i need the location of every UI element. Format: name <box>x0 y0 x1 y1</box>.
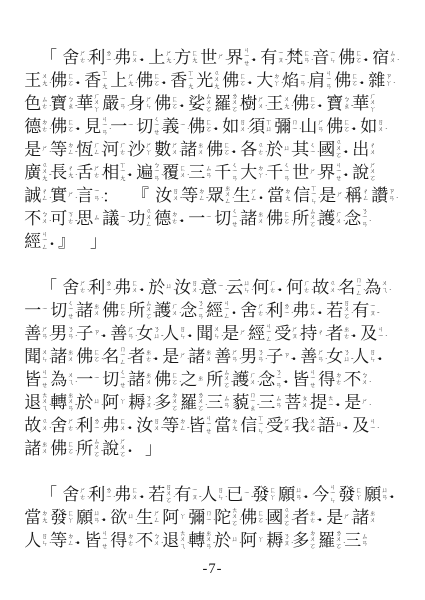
zhuyin-symbol: ㄥ <box>68 541 75 548</box>
hanzi-glyph: 恆 <box>76 141 94 158</box>
ruby-char: 何ㄏㄜˊ <box>286 276 312 299</box>
hanzi-glyph: 光 <box>196 72 214 89</box>
zhuyin-tone-mark: ˇ <box>206 197 208 204</box>
ruby-char: 娑ㄙㄨㄛ <box>188 92 214 115</box>
zhuyin-symbol: ㄕ <box>310 169 317 176</box>
zhuyin-symbol: ㄛ <box>68 81 75 88</box>
zhuyin-tone-mark: ˋ <box>87 289 89 296</box>
hanzi-glyph: 者 <box>128 348 146 365</box>
ruby-char: 者ㄓㄜˇ <box>128 345 154 368</box>
zhuyin-tone-mark: ˋ <box>225 289 227 296</box>
zhuyin-annotation: ㄩㄢˋ <box>94 507 103 529</box>
hanzi-glyph: 焰 <box>282 72 300 89</box>
hanzi-glyph: 諸 <box>128 371 146 388</box>
zhuyin-symbol: ㄥ <box>266 337 273 344</box>
zhuyin-annotation: ㄈㄛˊ <box>224 139 233 161</box>
zhuyin-symbol: ㄛ <box>310 544 317 551</box>
zhuyin-symbol: ㄢ <box>42 334 49 341</box>
zhuyin-annotation: ㄧㄢˊ <box>94 185 103 207</box>
zhuyin-symbol: ㄢ <box>206 544 213 551</box>
ruby-char: 界ㄐㄧㄝˋ <box>318 161 344 184</box>
zhuyin-symbol: ㄨ <box>173 196 180 203</box>
ruby-char: 彌ㄇㄧˊ <box>188 506 214 529</box>
zhuyin-symbol: ㄥ <box>356 291 363 298</box>
zhuyin-symbol: ㄙ <box>94 215 101 222</box>
zhuyin-symbol: ㄨ <box>154 426 161 433</box>
hanzi-glyph: 弗 <box>114 279 132 296</box>
zhuyin-symbol: ㄨ <box>172 311 179 318</box>
hanzi-glyph: 有 <box>174 486 192 503</box>
hanzi-glyph: 云 <box>226 279 244 296</box>
zhuyin-tone-mark: ˋ <box>161 128 163 135</box>
zhuyin-symbol: ㄢ <box>284 176 291 183</box>
ruby-char: 佛ㄈㄛˊ <box>50 69 76 92</box>
zhuyin-symbol: ㄛ <box>224 383 231 390</box>
zhuyin-symbol: ㄟ <box>68 380 75 387</box>
zhuyin-annotation: ㄔㄨ <box>370 139 379 161</box>
zhuyin-annotation: ㄈㄚ <box>270 484 279 506</box>
zhuyin-symbol: ㄜ <box>258 311 265 318</box>
sutra-text-block: 「舍ㄕㄜˋ利ㄌㄧˋ弗ㄈㄨˊ.上ㄕㄤˋ方ㄈㄤ世ㄕˋ界ㄐㄧㄝˋ.有ㄧㄡˇ梵ㄈㄢˋ音ㄧ… <box>24 46 419 552</box>
zhuyin-tone-mark: ˋ <box>318 197 320 204</box>
zhuyin-tone-mark: ˋ <box>369 220 371 227</box>
zhuyin-annotation: ㄈㄛˊ <box>68 438 77 460</box>
zhuyin-tone-mark: ˋ <box>389 496 391 503</box>
zhuyin-tone-mark: ˊ <box>75 82 77 89</box>
zhuyin-tone-mark: ˇ <box>153 358 155 365</box>
ruby-char: 佛ㄈㄛˊ <box>326 115 352 138</box>
zhuyin-annotation: ㄏㄨˋ <box>336 208 345 230</box>
zhuyin-symbol: ㄠ <box>68 104 75 111</box>
ruby-char: 弗ㄈㄨˊ <box>102 414 128 437</box>
zhuyin-annotation: ㄏㄜˊ <box>270 277 279 299</box>
zhuyin-tone-mark: ˋ <box>265 174 267 181</box>
zhuyin-annotation: ㄕㄚ <box>146 139 155 161</box>
zhuyin-tone-mark: ˊ <box>127 312 129 319</box>
hanzi-glyph: 多 <box>292 532 310 549</box>
zhuyin-tone-mark: ˋ <box>343 220 345 227</box>
hanzi-glyph: 佛 <box>222 72 240 89</box>
ruby-char: 利ㄌㄧˋ <box>88 276 114 299</box>
zhuyin-symbol: ㄛ <box>310 426 317 433</box>
period-mark: . <box>259 187 267 207</box>
zhuyin-symbol: ㄛ <box>198 406 205 413</box>
zhuyin-symbol: ㄕ <box>362 399 369 406</box>
zhuyin-symbol: ㄛ <box>240 81 247 88</box>
zhuyin-annotation: ㄒㄧㄤˋ <box>120 162 129 184</box>
zhuyin-tone-mark: ˊ <box>213 519 215 526</box>
zhuyin-annotation: ㄐㄧㄣ <box>330 484 339 506</box>
zhuyin-annotation: ㄒㄩ <box>266 116 275 138</box>
zhuyin-tone-mark: ˊ <box>127 151 129 158</box>
ruby-char: 信ㄒㄧㄣˋ <box>240 414 266 437</box>
zhuyin-tone-mark: ˊ <box>101 151 103 158</box>
zhuyin-symbol: ㄟ <box>42 406 49 413</box>
zhuyin-annotation: ㄔㄥˊ <box>42 185 51 207</box>
zhuyin-symbol: ㄚ <box>146 150 153 157</box>
zhuyin-symbol: ㄥ <box>42 245 49 252</box>
zhuyin-tone-mark: ˋ <box>113 496 115 503</box>
ruby-char: 退ㄊㄨㄟˋ <box>24 391 50 414</box>
ruby-char: 利ㄌㄧˋ <box>266 299 292 322</box>
hanzi-glyph: 世 <box>200 49 218 66</box>
zhuyin-annotation: ㄋㄧㄢˋ <box>276 369 285 391</box>
zhuyin-annotation: ㄙㄢ <box>276 392 285 414</box>
zhuyin-symbol: ㄛ <box>206 127 213 134</box>
ruby-char: 是ㄕˋ <box>222 322 248 345</box>
ruby-char: 身ㄕㄣ <box>128 92 154 115</box>
zhuyin-symbol: ㄝ <box>68 314 75 321</box>
hanzi-glyph: 弗 <box>114 486 132 503</box>
zhuyin-annotation: ㄕㄡˋ <box>284 415 293 437</box>
text-line: 不ㄅㄨˋ可ㄎㄜˇ思ㄙ議ㄧˋ功ㄍㄨㄥ德ㄉㄜˊ.一ㄧ切ㄑㄧㄝˋ諸ㄓㄨ佛ㄈㄛˊ所ㄙㄨㄛ… <box>24 207 419 230</box>
ruby-char: 藐ㄇㄧㄠˇ <box>232 391 258 414</box>
hanzi-glyph: 男 <box>240 348 258 365</box>
zhuyin-tone-mark: ˇ <box>49 174 51 181</box>
zhuyin-tone-mark: ˊ <box>291 105 293 112</box>
zhuyin-symbol: ㄨ <box>336 219 343 226</box>
zhuyin-annotation: ㄐㄧㄥ <box>266 323 275 345</box>
ruby-char: 得ㄉㄜˊ <box>318 368 344 391</box>
zhuyin-tone-mark: ˊ <box>239 542 241 549</box>
zhuyin-tone-mark: ˋ <box>283 381 285 388</box>
hanzi-glyph: 娑 <box>188 95 206 112</box>
zhuyin-tone-mark: ˊ <box>127 358 129 365</box>
zhuyin-annotation: ㄈㄨˊ <box>310 300 319 322</box>
hanzi-glyph: 經 <box>248 325 266 342</box>
zhuyin-annotation: ㄇㄧㄠˇ <box>250 392 259 414</box>
zhuyin-annotation: ㄩˊ <box>166 277 175 299</box>
zhuyin-symbol: ㄗ <box>284 353 291 360</box>
zhuyin-annotation: ㄖㄣˊ <box>42 530 51 552</box>
zhuyin-annotation: ㄌㄧˋ <box>106 47 115 69</box>
period-mark: . <box>232 302 240 322</box>
zhuyin-symbol: ㄢ <box>232 357 239 364</box>
zhuyin-annotation: ㄐㄧㄝˋ <box>336 162 345 184</box>
zhuyin-tone-mark: ˇ <box>291 358 293 365</box>
ruby-char: 菩ㄆㄨˊ <box>284 391 310 414</box>
zhuyin-symbol: ㄛ <box>310 104 317 111</box>
zhuyin-tone-mark: ˋ <box>325 358 327 365</box>
zhuyin-symbol: ㄜ <box>68 219 75 226</box>
ruby-char: 為ㄨㄟˊ <box>364 276 390 299</box>
hanzi-glyph: 子 <box>76 325 94 342</box>
page-number: -7- <box>0 561 425 578</box>
zhuyin-symbol: ㄛ <box>344 127 351 134</box>
ruby-char: 陀ㄊㄨㄛˊ <box>214 506 240 529</box>
zhuyin-tone-mark: ˊ <box>225 496 227 503</box>
hanzi-glyph: 出 <box>352 141 370 158</box>
hanzi-glyph: 羅 <box>214 95 232 112</box>
zhuyin-annotation: ㄉㄜˊ <box>172 208 181 230</box>
zhuyin-annotation: ㄕㄨㄛ <box>370 162 379 184</box>
zhuyin-annotation: ㄑㄧˊ <box>310 139 319 161</box>
zhuyin-symbol: ㄢ <box>128 334 135 341</box>
period-mark: . <box>50 233 58 253</box>
ruby-char: 何ㄏㄜˊ <box>252 276 278 299</box>
quote-open-mark: 「 <box>40 49 55 66</box>
ruby-char: 轉ㄓㄨㄢˇ <box>188 529 214 552</box>
zhuyin-tone-mark: ˋ <box>291 427 293 434</box>
ruby-char: 切ㄑㄧㄝˋ <box>50 299 76 322</box>
zhuyin-annotation: ㄌㄨㄛˊ <box>232 93 241 115</box>
zhuyin-annotation: ㄓㄨ <box>370 507 379 529</box>
hanzi-glyph: 男 <box>50 325 68 342</box>
zhuyin-symbol: ㄜ <box>336 380 343 387</box>
zhuyin-annotation: ㄧˇ <box>244 484 253 506</box>
zhuyin-annotation: ㄕㄥ <box>154 507 163 529</box>
hanzi-glyph: 弗 <box>102 417 120 434</box>
zhuyin-annotation: ㄍㄨㄥ <box>146 208 155 230</box>
hanzi-glyph: 護 <box>318 210 336 227</box>
zhuyin-tone-mark: ˊ <box>343 151 345 158</box>
hanzi-glyph: 舍 <box>62 49 80 66</box>
zhuyin-tone-mark: ˋ <box>49 151 51 158</box>
zhuyin-symbol: ㄢ <box>94 196 101 203</box>
zhuyin-annotation: ㄈㄢˋ <box>304 47 313 69</box>
ruby-char: 見ㄐㄧㄢˋ <box>84 115 110 138</box>
zhuyin-symbol: ㄨ <box>132 58 139 65</box>
zhuyin-annotation: ㄈㄛˊ <box>344 116 353 138</box>
zhuyin-annotation: ㄉㄤ <box>285 185 294 207</box>
zhuyin-annotation: ㄉㄨㄛ <box>172 392 181 414</box>
zhuyin-annotation: ㄅㄨˋ <box>154 530 163 552</box>
hanzi-glyph: 舌 <box>76 164 94 181</box>
ruby-char: 多ㄉㄨㄛ <box>154 391 180 414</box>
zhuyin-annotation: ㄐㄧㄝ <box>310 369 319 391</box>
ruby-char: 華ㄏㄨㄚ <box>352 92 378 115</box>
zhuyin-symbol: ㄨ <box>250 380 257 387</box>
ruby-char: 功ㄍㄨㄥ <box>128 207 154 230</box>
hanzi-glyph: 眾 <box>207 187 225 204</box>
zhuyin-annotation: ㄕㄨˋ <box>258 93 267 115</box>
zhuyin-annotation: ㄕㄜˋ <box>68 415 77 437</box>
zhuyin-symbol: ㄥ <box>363 196 370 203</box>
zhuyin-tone-mark: ˊ <box>49 197 51 204</box>
zhuyin-symbol: ㄢ <box>120 104 127 111</box>
zhuyin-annotation: ㄈㄨˋ <box>180 162 189 184</box>
hanzi-glyph: 雜 <box>368 72 386 89</box>
zhuyin-annotation: ㄏㄨㄚ <box>370 93 379 115</box>
hanzi-glyph: 如 <box>360 118 378 135</box>
hanzi-glyph: 千 <box>266 164 284 181</box>
hanzi-glyph: 一 <box>76 371 94 388</box>
zhuyin-symbol: ㄚ <box>120 399 127 406</box>
hanzi-glyph: 佛 <box>326 118 344 135</box>
ruby-char: 三ㄙㄢ <box>188 161 214 184</box>
zhuyin-annotation: ㄕㄜˋ <box>80 277 89 299</box>
ruby-char: 一ㄧ <box>188 207 214 230</box>
ruby-char: 退ㄊㄨㄟˋ <box>162 529 188 552</box>
zhuyin-symbol: ㄣ <box>258 429 265 436</box>
hanzi-glyph: 諸 <box>240 210 258 227</box>
zhuyin-annotation: ㄉㄤ <box>42 507 51 529</box>
zhuyin-annotation: ㄋㄡˋ <box>284 530 293 552</box>
zhuyin-symbol: ㄝ <box>232 222 239 229</box>
zhuyin-tone-mark: ˊ <box>75 335 77 342</box>
sutra-paragraph: 「舍ㄕㄜˋ利ㄌㄧˋ弗ㄈㄨˊ.上ㄕㄤˋ方ㄈㄤ世ㄕˋ界ㄐㄧㄝˋ.有ㄧㄡˇ梵ㄈㄢˋ音ㄧ… <box>24 46 419 253</box>
zhuyin-tone-mark: ˋ <box>127 220 129 227</box>
zhuyin-tone-mark: ˊ <box>317 151 319 158</box>
zhuyin-annotation: ㄕˋ <box>240 323 249 345</box>
zhuyin-symbol: ㄥ <box>224 314 231 321</box>
ruby-char: 等ㄉㄥˇ <box>50 529 76 552</box>
ruby-char: 受ㄕㄡˋ <box>274 322 300 345</box>
zhuyin-annotation: ㄐㄧㄥ <box>224 300 233 322</box>
zhuyin-symbol: ㄧ <box>180 123 187 130</box>
zhuyin-annotation: ㄍㄨˋ <box>330 277 339 299</box>
ruby-char: 不ㄅㄨˋ <box>344 368 370 391</box>
zhuyin-symbol: ㄨ <box>240 127 247 134</box>
text-line: 當ㄉㄤ發ㄈㄚ願ㄩㄢˋ.欲ㄩˋ生ㄕㄥ阿ㄚ彌ㄇㄧˊ陀ㄊㄨㄛˊ佛ㄈㄛˊ國ㄍㄨㄛˊ者ㄓㄜ… <box>24 506 419 529</box>
zhuyin-tone-mark: ˇ <box>351 105 353 112</box>
hanzi-glyph: 汝 <box>155 187 173 204</box>
zhuyin-annotation: ㄙㄨˋ <box>390 47 399 69</box>
hanzi-glyph: 所 <box>128 302 146 319</box>
zhuyin-symbol: ㄢ <box>94 518 101 525</box>
zhuyin-symbol: ㄤ <box>120 176 127 183</box>
zhuyin-annotation: ㄕㄢˋ <box>128 323 137 345</box>
zhuyin-symbol: ㄛ <box>344 314 351 321</box>
ruby-char: 可ㄎㄜˇ <box>50 207 76 230</box>
zhuyin-symbol: ㄚ <box>180 514 187 521</box>
colon-mark: ： <box>102 188 114 207</box>
zhuyin-annotation: ㄑㄧㄢ <box>232 162 241 184</box>
ruby-char: 佛ㄈㄛˊ <box>136 69 162 92</box>
zhuyin-symbol: ㄛ <box>224 150 231 157</box>
zhuyin-symbol: ㄢ <box>362 222 369 229</box>
ruby-char: 當ㄉㄤ <box>24 506 50 529</box>
ruby-char: 得ㄉㄜˊ <box>110 529 136 552</box>
zhuyin-annotation: ㄓㄨㄢˇ <box>68 392 77 414</box>
zhuyin-annotation: ㄓㄨㄢˇ <box>206 530 215 552</box>
zhuyin-symbol: ㄧ <box>120 215 127 222</box>
zhuyin-symbol: ㄕ <box>240 330 247 337</box>
hanzi-glyph: 稱 <box>345 187 363 204</box>
zhuyin-annotation: ㄔㄥ <box>363 185 372 207</box>
text-line: 聞ㄨㄣˊ諸ㄓㄨ佛ㄈㄛˊ名ㄇㄧㄥˊ者ㄓㄜˇ.是ㄕˋ諸ㄓㄨ善ㄕㄢˋ男ㄋㄢˊ子ㄗˇ.善… <box>24 345 419 368</box>
zhuyin-annotation: ㄩㄢˋ <box>382 484 391 506</box>
hanzi-glyph: 退 <box>162 532 180 549</box>
ruby-char: 利ㄌㄧˋ <box>88 46 114 69</box>
ruby-char: 佛ㄈㄛˊ <box>222 69 248 92</box>
hanzi-glyph: 人 <box>200 486 218 503</box>
ruby-char: 當ㄉㄤ <box>214 414 240 437</box>
ruby-char: 於ㄩˊ <box>266 138 292 161</box>
hanzi-glyph: 大 <box>256 72 274 89</box>
hanzi-glyph: 皆 <box>188 417 206 434</box>
ruby-char: 阿ㄚ <box>102 391 128 414</box>
hanzi-glyph: 提 <box>310 394 328 411</box>
zhuyin-tone-mark: ˊ <box>299 128 301 135</box>
zhuyin-symbol: ㄛ <box>336 153 343 160</box>
text-line: 退ㄊㄨㄟˋ轉ㄓㄨㄢˇ於ㄩˊ阿ㄚ耨ㄋㄡˋ多ㄉㄨㄛ羅ㄌㄨㄛˊ三ㄙㄢ藐ㄇㄧㄠˇ三ㄙㄢ菩… <box>24 391 419 414</box>
zhuyin-symbol: ㄛ <box>352 81 359 88</box>
zhuyin-symbol: ㄧ <box>206 215 213 222</box>
zhuyin-tone-mark: ˋ <box>265 151 267 158</box>
zhuyin-annotation: ㄉㄨㄛ <box>310 530 319 552</box>
zhuyin-symbol: ㄜ <box>344 334 351 341</box>
ruby-char: 數ㄕㄨˋ <box>154 138 180 161</box>
hanzi-glyph: 諸 <box>352 509 370 526</box>
zhuyin-symbol: ㄥ <box>42 196 49 203</box>
zhuyin-symbol: ㄝ <box>154 130 161 137</box>
zhuyin-annotation: ㄐㄧㄝ <box>102 530 111 552</box>
ruby-char: 佛ㄈㄛˊ <box>334 69 360 92</box>
ruby-char: 是ㄕˋ <box>344 391 370 414</box>
zhuyin-annotation: ㄈㄛˊ <box>206 116 215 138</box>
ruby-char: 稱ㄔㄥ <box>345 184 371 207</box>
ruby-char: 不ㄅㄨˋ <box>24 207 50 230</box>
zhuyin-symbol: ㄢ <box>389 196 396 203</box>
zhuyin-tone-mark: ˊ <box>49 358 51 365</box>
hanzi-glyph: 多 <box>154 394 172 411</box>
zhuyin-symbol: ㄣ <box>42 357 49 364</box>
zhuyin-tone-mark: ˊ <box>179 220 181 227</box>
zhuyin-symbol: ㄧ <box>244 491 251 498</box>
hanzi-glyph: 願 <box>364 486 382 503</box>
zhuyin-annotation: ㄑㄧㄝˋ <box>120 369 129 391</box>
hanzi-glyph: 佛 <box>206 141 224 158</box>
hanzi-glyph: 於 <box>148 279 166 296</box>
hanzi-glyph: 等 <box>181 187 199 204</box>
hanzi-glyph: 當 <box>214 417 232 434</box>
ruby-char: 皆ㄐㄧㄝ <box>24 368 50 391</box>
zhuyin-tone-mark: ˊ <box>393 82 395 89</box>
zhuyin-annotation: ㄖㄨˊ <box>240 116 249 138</box>
zhuyin-tone-mark: ˋ <box>161 542 163 549</box>
ruby-char: 人ㄖㄣˊ <box>24 529 50 552</box>
zhuyin-symbol: ㄠ <box>250 406 257 413</box>
zhuyin-tone-mark: ˋ <box>343 174 345 181</box>
zhuyin-symbol: ㄓ <box>198 376 205 383</box>
zhuyin-annotation: ㄏㄜˊ <box>120 139 129 161</box>
hanzi-glyph: 三 <box>188 164 206 181</box>
zhuyin-symbol: ㄨ <box>258 104 265 111</box>
zhuyin-annotation: ㄍㄨㄤ <box>214 70 223 92</box>
hanzi-glyph: 持 <box>300 325 318 342</box>
hanzi-glyph: 切 <box>214 210 232 227</box>
hanzi-glyph: 一 <box>110 118 128 135</box>
ruby-char: 千ㄑㄧㄢ <box>266 161 292 184</box>
ruby-char: 羅ㄌㄨㄛˊ <box>214 92 240 115</box>
zhuyin-tone-mark: ˋ <box>87 59 89 66</box>
ruby-char: 護ㄏㄨˋ <box>232 368 258 391</box>
zhuyin-tone-mark: ˊ <box>247 128 249 135</box>
hanzi-glyph: 藐 <box>232 394 250 411</box>
hanzi-glyph: 一 <box>188 210 206 227</box>
zhuyin-symbol: ㄜ <box>310 518 317 525</box>
zhuyin-annotation: ㄙㄨㄛˇ <box>310 208 319 230</box>
hanzi-glyph: 欲 <box>110 509 128 526</box>
zhuyin-tone-mark: ˊ <box>265 358 267 365</box>
zhuyin-tone-mark: ˇ <box>317 427 319 434</box>
text-line: 人ㄖㄣˊ等ㄉㄥˇ.皆ㄐㄧㄝ得ㄉㄜˊ不ㄅㄨˋ退ㄊㄨㄟˋ轉ㄓㄨㄢˇ於ㄩˊ阿ㄚ耨ㄋㄡˋ… <box>24 529 419 552</box>
zhuyin-symbol: ㄩ <box>128 514 135 521</box>
zhuyin-tone-mark: ˋ <box>113 289 115 296</box>
ruby-char: 受ㄕㄡˋ <box>266 414 292 437</box>
zhuyin-symbol: ㄧ <box>94 426 101 433</box>
zhuyin-tone-mark: ˋ <box>281 82 283 89</box>
zhuyin-annotation: ㄨㄛˇ <box>310 415 319 437</box>
zhuyin-tone-mark: ˋ <box>101 519 103 526</box>
hanzi-glyph: 得 <box>110 532 128 549</box>
zhuyin-annotation: ㄩㄢˋ <box>296 484 305 506</box>
ruby-char: 於ㄩˊ <box>214 529 240 552</box>
zhuyin-annotation: ㄕˋ <box>42 139 51 161</box>
hanzi-glyph: 若 <box>148 486 166 503</box>
ruby-char: 弗ㄈㄨˊ <box>114 46 140 69</box>
